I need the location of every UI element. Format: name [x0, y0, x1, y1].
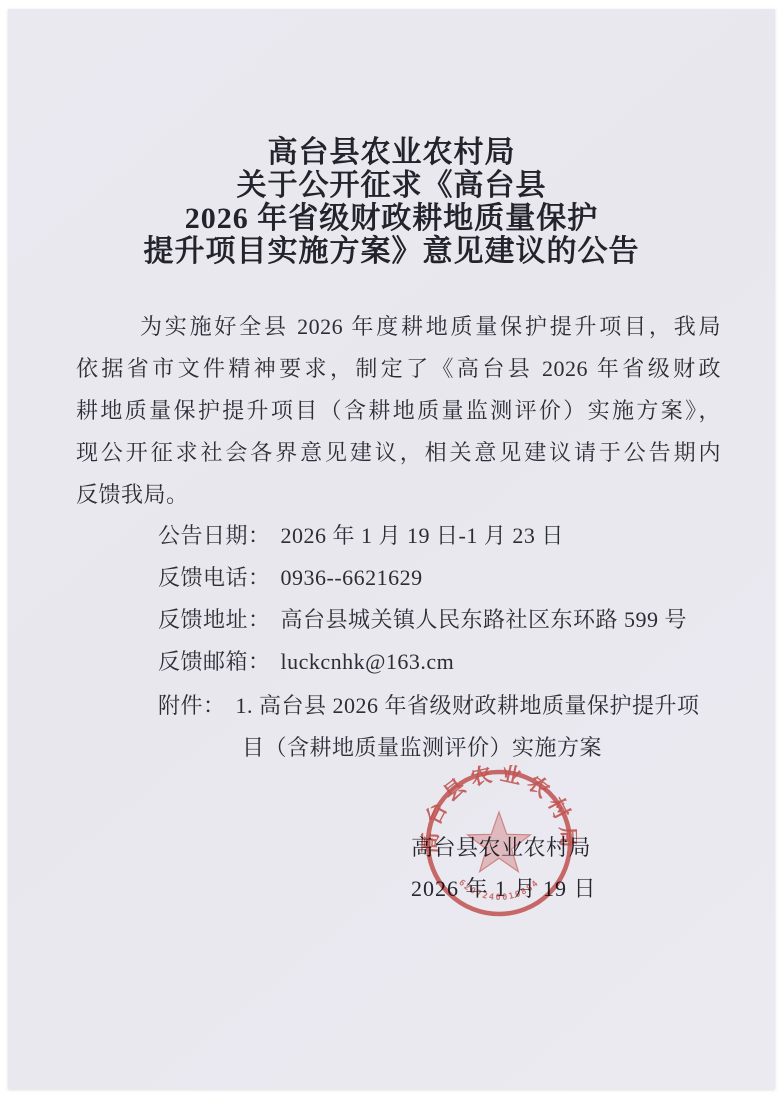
title-line: 关于公开征求《高台县 — [8, 169, 775, 202]
scanned-sheet: 高台县农业农村局 关于公开征求《高台县 2026 年省级财政耕地质量保护 提升项… — [8, 9, 775, 1089]
info-row-announcement-date: 公告日期：2026 年 1 月 19 日-1 月 23 日 — [158, 515, 687, 557]
svg-text:6207240010884: 6207240010884 — [456, 878, 541, 903]
seal-serial: 6207240010884 — [456, 878, 541, 903]
attachment-item-number: 1. — [236, 693, 254, 718]
seal-star-icon — [468, 812, 531, 872]
body-line: 耕地质量保护提升项目（含耕地质量监测评价）实施方案》， — [76, 390, 721, 432]
feedback-email-label: 反馈邮箱： — [158, 649, 271, 674]
body-paragraph: 为实施好全县 2026 年度耕地质量保护提升项目，我局 依据省市文件精神要求，制… — [76, 306, 721, 516]
feedback-address-label: 反馈地址： — [158, 607, 271, 632]
body-line: 依据省市文件精神要求，制定了《高台县 2026 年省级财政 — [76, 348, 721, 390]
attachment-line-1: 附件：1.高台县 2026 年省级财政耕地质量保护提升项 — [158, 685, 700, 727]
body-line: 为实施好全县 2026 年度耕地质量保护提升项目，我局 — [76, 306, 721, 348]
official-seal: 高台县农业农村局 6207240010884 — [421, 765, 577, 921]
title-line: 高台县农业农村局 — [8, 136, 775, 169]
attachment-line-2: 目（含耕地质量监测评价）实施方案 — [242, 727, 700, 769]
body-line: 现公开征求社会各界意见建议，相关意见建议请于公告期内 — [76, 432, 721, 474]
attachment-label: 附件： — [158, 693, 226, 718]
feedback-info-block: 公告日期：2026 年 1 月 19 日-1 月 23 日 反馈电话：0936-… — [158, 515, 687, 683]
title-line: 2026 年省级财政耕地质量保护 — [8, 202, 775, 235]
announcement-date-value: 2026 年 1 月 19 日-1 月 23 日 — [281, 523, 564, 548]
attachment-title-part-1: 高台县 2026 年省级财政耕地质量保护提升项 — [259, 693, 700, 718]
info-row-feedback-email: 反馈邮箱：luckcnhk@163.cm — [158, 641, 687, 683]
feedback-phone-label: 反馈电话： — [158, 565, 271, 590]
feedback-email-value: luckcnhk@163.cm — [281, 649, 455, 674]
body-line: 反馈我局。 — [76, 474, 721, 516]
info-row-feedback-address: 反馈地址：高台县城关镇人民东路社区东环路 599 号 — [158, 599, 687, 641]
info-row-feedback-phone: 反馈电话：0936--6621629 — [158, 557, 687, 599]
notice-title: 高台县农业农村局 关于公开征求《高台县 2026 年省级财政耕地质量保护 提升项… — [8, 136, 775, 268]
feedback-address-value: 高台县城关镇人民东路社区东环路 599 号 — [281, 607, 688, 632]
title-line: 提升项目实施方案》意见建议的公告 — [8, 235, 775, 268]
attachment-section: 附件：1.高台县 2026 年省级财政耕地质量保护提升项 目（含耕地质量监测评价… — [158, 685, 700, 769]
feedback-phone-value: 0936--6621629 — [281, 565, 423, 590]
announcement-date-label: 公告日期： — [158, 523, 271, 548]
